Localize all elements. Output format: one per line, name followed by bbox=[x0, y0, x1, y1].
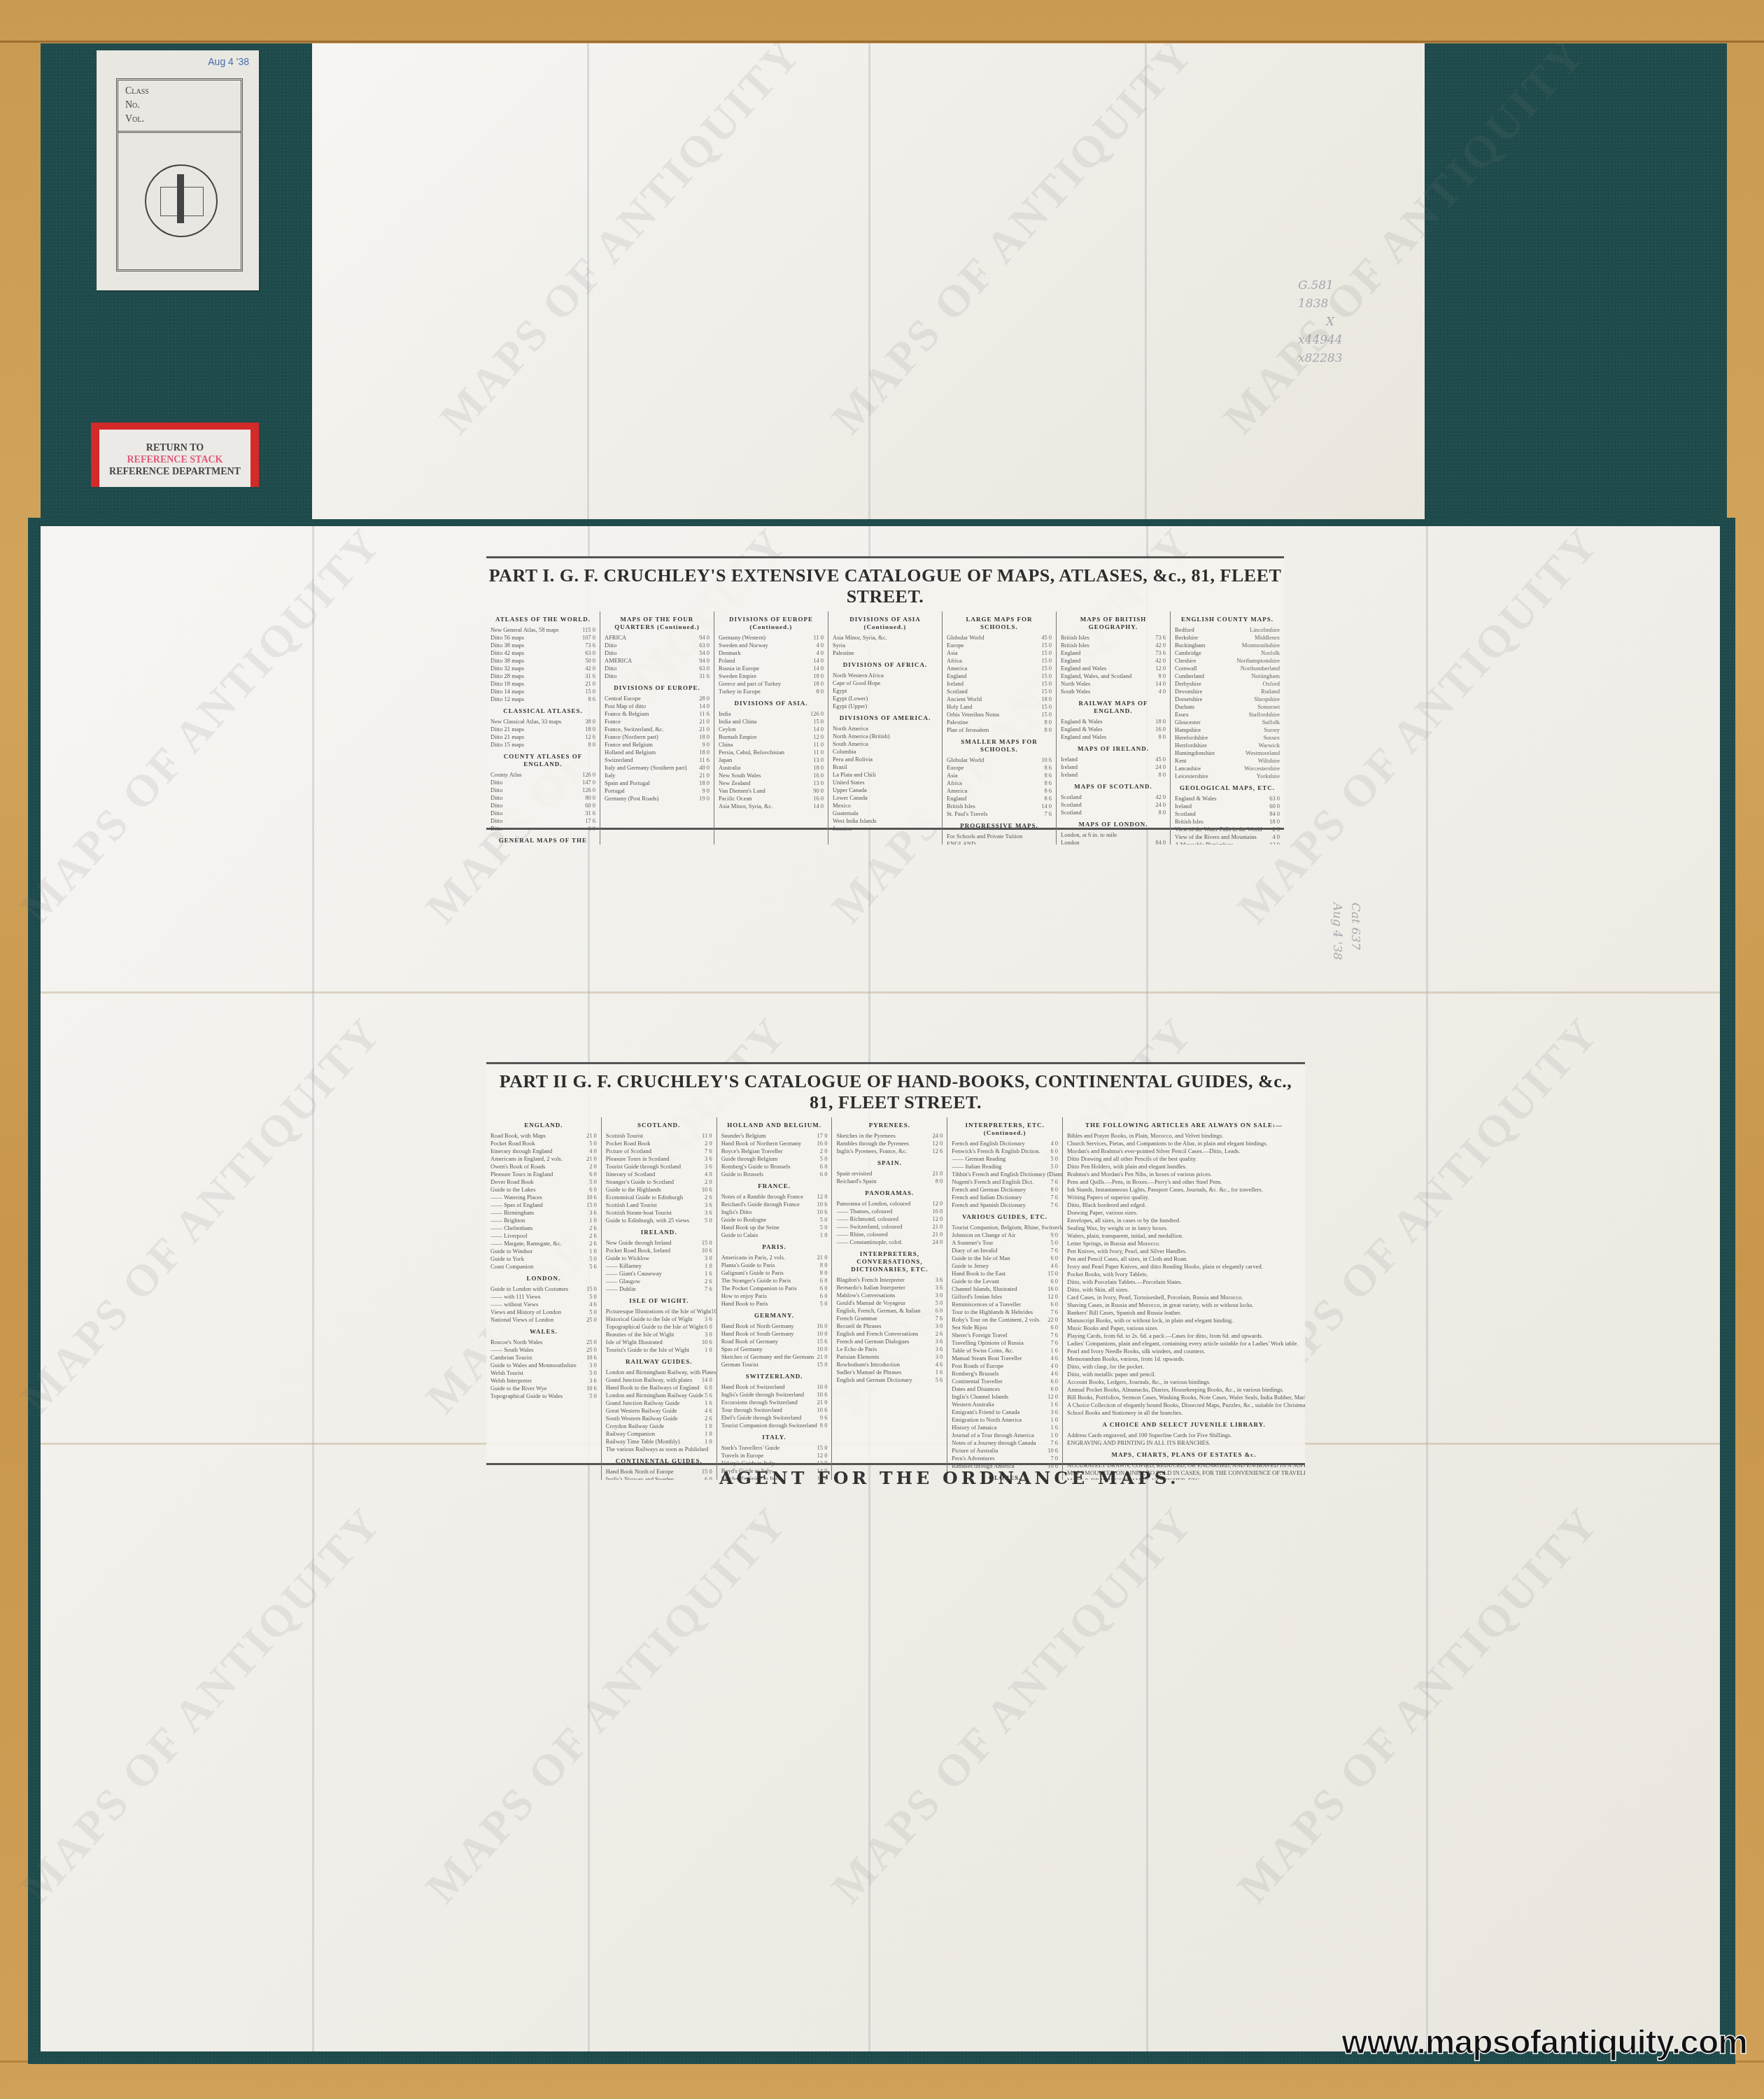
catalogue-entry: Hand Book of South Germany10 0 bbox=[721, 1330, 828, 1338]
entry-title: Spain revisited bbox=[836, 1170, 872, 1178]
catalogue-entry: England & Wales16 0 bbox=[1061, 726, 1166, 733]
catalogue-entry: Roby's Tour on the Continent, 2 vols.22 … bbox=[952, 1316, 1058, 1324]
entry-title: Asia bbox=[947, 649, 958, 657]
catalogue-entry: Le Echo de Paris3 6 bbox=[836, 1345, 943, 1353]
catalogue-entry: Travels in Europe12 0 bbox=[721, 1452, 828, 1460]
entry-price: 3 6 bbox=[936, 1276, 943, 1284]
entry-title: England and Wales bbox=[1061, 665, 1106, 672]
section-heading: THE FOLLOWING ARTICLES ARE ALWAYS ON SAL… bbox=[1067, 1122, 1301, 1129]
entry-price: 3 6 bbox=[705, 1163, 712, 1171]
catalogue-entry: Stark's Travellers' Guide15 0 bbox=[721, 1444, 828, 1452]
catalogue-entry: Ditto 28 maps31 6 bbox=[491, 672, 595, 680]
entry-price: 12 0 bbox=[1047, 1293, 1058, 1301]
ordnance-agent-line: AGENT FOR THE ORDNANCE MAPS. bbox=[719, 1468, 1180, 1488]
catalogue-entry: —— Liverpool2 6 bbox=[491, 1232, 597, 1240]
entry-title: Pocket Books, with Ivory Tablets. bbox=[1067, 1271, 1148, 1278]
entry-title: Welsh Interpreter bbox=[491, 1377, 532, 1385]
entry-title: Ditto, with Porcelain Tablets.—Porcelain… bbox=[1067, 1278, 1183, 1286]
sticker-line-3: REFERENCE DEPARTMENT bbox=[99, 466, 251, 478]
entry-price: 5 0 bbox=[820, 1155, 828, 1163]
entry-price: 5 0 bbox=[820, 1300, 828, 1308]
catalogue-entry: Persia, Cabul, Beloochistan11 0 bbox=[719, 749, 824, 756]
entry-title: Cheshire bbox=[1175, 657, 1196, 665]
entry-title: Upper Canada bbox=[833, 786, 867, 794]
entry-title: Railway Companion bbox=[606, 1430, 655, 1438]
entry-title: Ditto, with metallic paper and pencil. bbox=[1067, 1371, 1156, 1378]
entry-title: Grand Junction Railway Guide bbox=[606, 1399, 680, 1407]
entry-title: Bernardo's Italian Interpreter bbox=[836, 1284, 905, 1292]
section-heading: ITALY. bbox=[721, 1434, 828, 1441]
section-heading: A CHOICE AND SELECT JUVENILE LIBRARY. bbox=[1067, 1421, 1301, 1429]
entry-price: 7 6 bbox=[705, 1147, 712, 1155]
catalogue-entry: Mordan's and Brahma's ever-pointed Silve… bbox=[1067, 1147, 1301, 1155]
entry-price: 15 0 bbox=[1041, 680, 1052, 688]
entry-price: 8 0 bbox=[1158, 771, 1166, 779]
catalogue-entry: Scottish Tourist11 0 bbox=[606, 1132, 712, 1140]
entry-price: Northamptonshire bbox=[1236, 657, 1280, 665]
catalogue-entry: KentWiltshire bbox=[1175, 757, 1280, 765]
section-heading: MAPS, CHARTS, PLANS OF ESTATES &c. bbox=[1067, 1451, 1301, 1459]
entry-title: Le Echo de Paris bbox=[836, 1345, 877, 1353]
entry-price: 14 0 bbox=[813, 726, 824, 733]
entry-price: 15 0 bbox=[1041, 649, 1052, 657]
catalogue-entry: CumberlandNottingham bbox=[1175, 672, 1280, 680]
catalogue-entry: —— German Reading5 0 bbox=[952, 1155, 1058, 1163]
entry-title: Central Europe bbox=[605, 695, 641, 702]
catalogue-entry: Shaving Cases, in Russia and Morocco, in… bbox=[1067, 1301, 1301, 1309]
catalogue-entry: Asia15 0 bbox=[947, 649, 1052, 657]
catalogue-entry: Music Books and Paper, various sizes. bbox=[1067, 1324, 1301, 1332]
entry-title: London and Birmingham Railway, with Plat… bbox=[606, 1369, 717, 1376]
entry-price: 3 6 bbox=[705, 1155, 712, 1163]
entry-price: 1 0 bbox=[705, 1430, 712, 1438]
entry-price: 15 0 bbox=[585, 688, 595, 695]
catalogue-entry: Ireland8 0 bbox=[1061, 771, 1166, 779]
catalogue-entry: Itinerary of Scotland4 0 bbox=[606, 1171, 712, 1178]
section-heading: ENGLAND. bbox=[491, 1122, 597, 1129]
entry-price: Staffordshire bbox=[1249, 711, 1280, 719]
catalogue-entry: Annual Pocket Books, Almanacks, Diaries,… bbox=[1067, 1386, 1301, 1394]
section-heading: RAILWAY MAPS OF ENGLAND. bbox=[1061, 700, 1166, 715]
entry-price: 8 0 bbox=[1044, 726, 1052, 734]
entry-price: 2 6 bbox=[705, 1278, 712, 1285]
entry-title: Guide to the Lakes bbox=[491, 1186, 535, 1194]
entry-price: 9 0 bbox=[1050, 1231, 1058, 1239]
catalogue-entry: Ancient World18 0 bbox=[947, 695, 1052, 703]
catalogue-entry: Journal of a Tour through America1 0 bbox=[952, 1432, 1058, 1439]
entry-price: 5 0 bbox=[820, 1224, 828, 1231]
entry-price: 3 0 bbox=[936, 1353, 943, 1361]
entry-title: —— Switzerland, coloured bbox=[836, 1223, 902, 1231]
entry-title: New South Wales bbox=[719, 772, 761, 779]
section-heading: HOLLAND AND BELGIUM. bbox=[721, 1122, 828, 1129]
entry-price: 10 0 bbox=[817, 1383, 828, 1391]
entry-title: Ditto 14 maps bbox=[491, 688, 524, 695]
entry-price: 12 0 bbox=[813, 733, 824, 741]
entry-price: 24 0 bbox=[932, 1132, 943, 1140]
entry-title: Hand Book North of Europe bbox=[606, 1468, 674, 1476]
catalogue-entry: Emigration to North America1 0 bbox=[952, 1416, 1058, 1424]
entry-price: 12 0 bbox=[817, 1452, 828, 1460]
entry-price: 3 6 bbox=[936, 1345, 943, 1353]
entry-title: England bbox=[947, 795, 966, 803]
entry-price: 11 0 bbox=[813, 634, 824, 642]
entry-price: 4 0 bbox=[1158, 688, 1166, 695]
entry-price: 10 6 bbox=[586, 1354, 597, 1362]
section-heading: MAPS OF SCOTLAND. bbox=[1061, 783, 1166, 791]
catalogue-entry: Notes of a Ramble through France12 0 bbox=[721, 1193, 828, 1201]
entry-title: Guide to the Isle of Man bbox=[952, 1255, 1010, 1262]
entry-price: 10 6 bbox=[711, 1308, 717, 1315]
number-field-label: No. bbox=[125, 99, 234, 113]
entry-price: 31 6 bbox=[585, 810, 595, 817]
catalogue-entry: Ceylon14 0 bbox=[719, 726, 824, 733]
entry-title: Africa bbox=[947, 657, 962, 665]
catalogue-entry: HerefordshireSussex bbox=[1175, 734, 1280, 742]
pencil-notes-side: Cat 637 Aug 4 '38 bbox=[1328, 903, 1364, 960]
catalogue-entry: Ireland45 0 bbox=[1061, 756, 1166, 763]
entry-price: 1 6 bbox=[1050, 1347, 1058, 1355]
entry-title: Americans in England, 2 vols. bbox=[491, 1155, 563, 1163]
entry-price: 16 0 bbox=[1155, 726, 1166, 733]
entry-title: Greece and part of Turkey bbox=[719, 680, 781, 688]
catalogue-entry: Post Map of ditto14 0 bbox=[605, 702, 710, 710]
catalogue-entry: Stranger's Guide to Scotland2 0 bbox=[606, 1178, 712, 1186]
catalogue-column: ENGLISH COUNTY MAPS.BedfordLincolnshireB… bbox=[1171, 612, 1284, 844]
catalogue-entry: Tour through Switzerland10 6 bbox=[721, 1406, 828, 1414]
catalogue-entry: Tour to the Highlands & Hebrides7 6 bbox=[952, 1308, 1058, 1316]
catalogue-entry: For Schools and Private Tuition bbox=[947, 833, 1052, 840]
catalogue-entry: Roscoe's North Wales25 0 bbox=[491, 1338, 597, 1346]
entry-title: Isle of Wight Illustrated bbox=[606, 1338, 663, 1346]
catalogue-entry: Scotland84 0 bbox=[1175, 810, 1280, 818]
entry-title: German Tourist bbox=[721, 1361, 758, 1369]
pencil-note: 1838 bbox=[1298, 295, 1343, 313]
entry-price: Worcestershire bbox=[1244, 765, 1280, 772]
section-heading: COUNTY ATLASES OF ENGLAND. bbox=[491, 753, 595, 768]
entry-price: Nottingham bbox=[1251, 672, 1280, 680]
catalogue-entry: Romberg's Guide to Brussels6 0 bbox=[721, 1163, 828, 1171]
entry-title: —— South Wales bbox=[491, 1346, 534, 1354]
entry-price: 5 0 bbox=[589, 1392, 597, 1400]
entry-title: —— Dublin bbox=[606, 1285, 636, 1293]
entry-price: 2 0 bbox=[589, 1163, 597, 1171]
entry-title: Scottish Steam-boat Tourist bbox=[606, 1209, 672, 1217]
entry-price: 8 6 bbox=[588, 695, 595, 703]
entry-price: 12 6 bbox=[585, 733, 595, 741]
entry-price: 24 0 bbox=[932, 1238, 943, 1246]
entry-title: Sealing Wax, by weight or in fancy boxes… bbox=[1067, 1224, 1168, 1232]
entry-price: 24 0 bbox=[1155, 801, 1166, 809]
entry-title: The various Railways as soon as Publishe… bbox=[606, 1446, 708, 1453]
entry-title: France (Northern part) bbox=[605, 733, 658, 741]
entry-price: 3 6 bbox=[1050, 1408, 1058, 1416]
catalogue-entry: England & Wales63 0 bbox=[1175, 795, 1280, 803]
entry-title: Turkey in Europe bbox=[719, 688, 761, 695]
entry-title: Church Services, Pietas, and Companions … bbox=[1067, 1140, 1268, 1147]
entry-title: Germany (Western) bbox=[719, 634, 765, 642]
catalogue-entry: French and Spanish Dictionary7 6 bbox=[952, 1201, 1058, 1209]
entry-title: Egypt bbox=[833, 687, 847, 695]
catalogue-entry: School Books and Stationery in all the b… bbox=[1067, 1409, 1301, 1417]
entry-title: Fenwick's French & English Diction. bbox=[952, 1147, 1040, 1155]
entry-price: Lincolnshire bbox=[1250, 626, 1280, 634]
entry-title: Italy and Germany (Southern part) bbox=[605, 764, 687, 772]
entry-price: 9 6 bbox=[820, 1414, 828, 1422]
entry-title: Pocket Road Book, Ireland bbox=[606, 1247, 670, 1255]
entry-title: Tour through Switzerland bbox=[721, 1406, 782, 1414]
entry-price: 63 0 bbox=[1269, 795, 1280, 803]
catalogue-entry: India126 0 bbox=[719, 710, 824, 718]
catalogue-entry: Holland and Belgium18 0 bbox=[605, 749, 710, 756]
entry-title: Drawing Paper, various sizes. bbox=[1067, 1209, 1138, 1217]
entry-title: Guide to London with Costumes bbox=[491, 1285, 568, 1293]
entry-price: 4 6 bbox=[705, 1407, 712, 1415]
catalogue-entry: Topographical Guide to the Isle of Wight… bbox=[606, 1323, 712, 1331]
entry-title: Notes of a Ramble through France bbox=[721, 1193, 803, 1201]
entry-title: Cornwall bbox=[1175, 665, 1197, 672]
catalogue-column: HOLLAND AND BELGIUM.Saunder's Belgium17 … bbox=[717, 1117, 833, 1480]
entry-title: Table of Swiss Coins, &c. bbox=[952, 1347, 1014, 1355]
entry-price: 8 0 bbox=[1158, 733, 1166, 741]
entry-title: England bbox=[1061, 649, 1080, 657]
catalogue-entry: England & Wales18 0 bbox=[1061, 718, 1166, 726]
entry-title: Bill Books, Portfolios, Sermon Cases, Wa… bbox=[1067, 1394, 1305, 1401]
entry-price: 8 0 bbox=[1050, 1186, 1058, 1194]
entry-price: 14 0 bbox=[1155, 680, 1166, 688]
catalogue-entry: Sea Side Bijou6 0 bbox=[952, 1324, 1058, 1331]
catalogue-entry: North America bbox=[833, 725, 938, 733]
section-heading: WALES. bbox=[491, 1328, 597, 1336]
entry-title: Ditto bbox=[605, 649, 616, 657]
entry-title: Mahlow's Conversations bbox=[836, 1292, 895, 1299]
entry-title: Beauties of the Isle of Wight bbox=[606, 1331, 674, 1338]
entry-price: 4 0 bbox=[1050, 1362, 1058, 1370]
entry-title: Letter Springs, in Russia and Morocco. bbox=[1067, 1240, 1160, 1248]
entry-price: 10 0 bbox=[817, 1345, 828, 1353]
catalogue-entry: Writing Papers of superior quality. bbox=[1067, 1194, 1301, 1201]
entry-price: 12 0 bbox=[932, 1140, 943, 1147]
entry-price: 21 0 bbox=[817, 1399, 828, 1406]
entry-price: 8 0 bbox=[936, 1178, 943, 1185]
catalogue-entry: Road Book, with Maps21 0 bbox=[491, 1132, 597, 1140]
entry-title: Panorama of London, coloured bbox=[836, 1200, 910, 1208]
entry-title: Dorsetshire bbox=[1175, 695, 1202, 703]
entry-price: 42 0 bbox=[1155, 642, 1166, 649]
entry-price: 5 0 bbox=[589, 1255, 597, 1263]
entry-title: Shaving Cases, in Russia and Morocco, in… bbox=[1067, 1301, 1254, 1309]
entry-price: 14 0 bbox=[813, 803, 824, 810]
catalogue-entry: Egypt (Upper) bbox=[833, 702, 938, 710]
entry-title: Road Book, with Maps bbox=[491, 1132, 546, 1140]
catalogue-entry: French and German Dialogues3 6 bbox=[836, 1338, 943, 1345]
catalogue-entry: Ireland24 0 bbox=[1061, 763, 1166, 771]
catalogue-entry: Pearl and Ivory Needle Books, silk winde… bbox=[1067, 1348, 1301, 1355]
entry-title: Ditto Pen Holders, with plain and elegan… bbox=[1067, 1163, 1187, 1171]
catalogue-entry: Hand Book to Paris5 0 bbox=[721, 1300, 828, 1308]
sticker-text: RETURN TO REFERENCE STACK REFERENCE DEPA… bbox=[99, 430, 251, 487]
entry-price: 10 6 bbox=[817, 1201, 828, 1208]
entry-price: 5 0 bbox=[1050, 1155, 1058, 1163]
pencil-note: Aug 4 '38 bbox=[1328, 903, 1346, 960]
catalogue-entry: English and German Dictionary5 6 bbox=[836, 1376, 943, 1384]
catalogue-entry: Recueil de Phrases3 0 bbox=[836, 1322, 943, 1330]
catalogue-entry: Asia8 6 bbox=[947, 772, 1052, 779]
entry-title: Ditto, Black bordered and edged. bbox=[1067, 1201, 1146, 1209]
entry-price: 12 0 bbox=[1047, 1393, 1058, 1401]
entry-price: 1 0 bbox=[705, 1346, 712, 1354]
entry-title: Address Cards engraved, and 100 Superfin… bbox=[1067, 1432, 1232, 1439]
entry-title: Ditto, with Skin, all sizes. bbox=[1067, 1286, 1129, 1294]
entry-title: South Western Railway Guide bbox=[606, 1415, 678, 1422]
entry-title: Plan of Jerusalem bbox=[947, 726, 989, 734]
entry-title: British Isles bbox=[1061, 642, 1089, 649]
catalogue-entry: Continental Traveller6 0 bbox=[952, 1378, 1058, 1385]
catalogue-entry: New Zealand13 0 bbox=[719, 779, 824, 787]
catalogue-entry: Playing Cards, from 6d. to 2s. 6d. a pac… bbox=[1067, 1332, 1301, 1340]
catalogue-entry: AMERICA94 0 bbox=[605, 657, 710, 665]
catalogue-entry: Hand Book of Northern Germany16 0 bbox=[721, 1140, 828, 1147]
entry-title: England, Wales, and Scotland bbox=[1061, 672, 1131, 680]
pencil-note: Cat 637 bbox=[1346, 903, 1364, 960]
section-heading: GEOLOGICAL MAPS, ETC. bbox=[1175, 784, 1280, 792]
catalogue-entry: Letter Springs, in Russia and Morocco. bbox=[1067, 1240, 1301, 1248]
entry-price: 5 0 bbox=[936, 1299, 943, 1307]
catalogue-column: MAPS OF THE FOUR QUARTERS (Continued.)AF… bbox=[600, 612, 714, 844]
entry-price: 12 0 bbox=[932, 1200, 943, 1208]
entry-title: Wafers, plain, transparent, initial, and… bbox=[1067, 1232, 1183, 1240]
catalogue-entry: Hand Book of North Germany16 0 bbox=[721, 1322, 828, 1330]
entry-price: 1 0 bbox=[705, 1422, 712, 1430]
catalogue-entry: Channel Islands, Illustrated16 0 bbox=[952, 1285, 1058, 1293]
catalogue-entry: The various Railways as soon as Publishe… bbox=[606, 1446, 712, 1453]
catalogue-entry: Guide to Jersey4 6 bbox=[952, 1262, 1058, 1270]
catalogue-entry: ENGRAVING AND PRINTING IN ALL ITS BRANCH… bbox=[1067, 1439, 1301, 1447]
catalogue-entry: Hand Book North of Europe15 0 bbox=[606, 1468, 712, 1476]
entry-price: 18 0 bbox=[813, 764, 824, 772]
entry-title: Dover Road Book bbox=[491, 1178, 534, 1186]
entry-title: Italy bbox=[605, 772, 616, 779]
entry-title: Gifford's Ionian Isles bbox=[952, 1293, 1002, 1301]
entry-price: 8 0 bbox=[1044, 719, 1052, 726]
entry-price: Wiltshire bbox=[1258, 757, 1280, 765]
entry-price: 18 0 bbox=[699, 749, 710, 756]
entry-title: France and Belgium bbox=[605, 741, 653, 749]
catalogue-entry: United States bbox=[833, 779, 938, 786]
catalogue-entry: How to enjoy Paris6 0 bbox=[721, 1292, 828, 1300]
entry-title: —— Constantinople, colrd. bbox=[836, 1238, 902, 1246]
catalogue-entry: British Isles42 0 bbox=[1061, 642, 1166, 649]
catalogue-entry: Welsh Tourist5 0 bbox=[491, 1369, 597, 1377]
entry-title: Views and History of London bbox=[491, 1308, 561, 1316]
catalogue-entry: —— with 111 Views5 0 bbox=[491, 1293, 597, 1301]
entry-title: Scottish Tourist bbox=[606, 1132, 643, 1140]
entry-price: 10 6 bbox=[817, 1208, 828, 1216]
entry-title: Tour to the Highlands & Hebrides bbox=[952, 1308, 1033, 1316]
entry-title: Burmah Empire bbox=[719, 733, 757, 741]
entry-price: 15 0 bbox=[586, 1201, 597, 1209]
seal-book-icon bbox=[160, 187, 204, 216]
entry-title: Ditto 56 maps bbox=[491, 634, 524, 642]
section-heading: DIVISIONS OF AMERICA. bbox=[833, 714, 938, 722]
entry-title: Spas of Germany bbox=[721, 1345, 763, 1353]
catalogue-entry: BuckinghamMonmouthshire bbox=[1175, 642, 1280, 649]
entry-title: British Isles bbox=[947, 803, 975, 810]
catalogue-entry: Historical Guide to the Isle of Wight3 6 bbox=[606, 1315, 712, 1323]
catalogue-entry: Sweden and Norway4 0 bbox=[719, 642, 824, 649]
catalogue-entry: Romberg's Brussels4 6 bbox=[952, 1370, 1058, 1378]
catalogue-entry: France (Northern part)18 0 bbox=[605, 733, 710, 741]
entry-price: 3 0 bbox=[705, 1331, 712, 1338]
entry-title: —— Richmond, coloured bbox=[836, 1215, 898, 1223]
entry-title: Economical Guide to Edinburgh bbox=[606, 1194, 683, 1201]
catalogue-entry: Tibbin's French and English Dictionary (… bbox=[952, 1171, 1058, 1178]
catalogue-entry: Spain revisited21 0 bbox=[836, 1170, 943, 1178]
entry-price: 12 0 bbox=[1269, 841, 1280, 844]
entry-title: North America (British) bbox=[833, 733, 890, 740]
catalogue-entry: Manuscript Books, with or without lock, … bbox=[1067, 1317, 1301, 1324]
entry-title: Ditto bbox=[491, 802, 502, 810]
entry-title: Egypt (Lower) bbox=[833, 695, 868, 702]
entry-title: AMERICA bbox=[605, 657, 632, 665]
catalogue-entry: Ditto 12 maps8 6 bbox=[491, 695, 595, 703]
catalogue-entry: —— Margate, Ramsgate, &c.2 6 bbox=[491, 1240, 597, 1248]
catalogue-entry: Pen and Pencil Cases, all sizes, in Clot… bbox=[1067, 1255, 1301, 1263]
entry-title: Guide to Jersey bbox=[952, 1262, 989, 1270]
entry-title: Nugent's French and English Dict. bbox=[952, 1178, 1033, 1186]
catalogue-entry: Burmah Empire12 0 bbox=[719, 733, 824, 741]
section-heading: CLASSICAL ATLASES. bbox=[491, 707, 595, 715]
catalogue-entry: Envelopes, all sizes, in cases or by the… bbox=[1067, 1217, 1301, 1224]
entry-title: Rowbotham's Introduction bbox=[836, 1361, 900, 1369]
entry-price: 10 6 bbox=[702, 1247, 712, 1255]
catalogue-entry: Europe15 0 bbox=[947, 642, 1052, 649]
entry-title: Johnston on Change of Air bbox=[952, 1231, 1015, 1239]
entry-price: 4 0 bbox=[1050, 1140, 1058, 1147]
entry-title: —— Rhine, coloured bbox=[836, 1231, 887, 1238]
entry-title: Cumberland bbox=[1175, 672, 1204, 680]
catalogue-entry: DurhamSomerset bbox=[1175, 703, 1280, 711]
entry-price: 73 6 bbox=[585, 642, 595, 649]
entry-title: Scotland bbox=[1175, 810, 1196, 818]
entry-title: Ireland bbox=[1061, 763, 1078, 771]
catalogue-entry: Great Western Railway Guide4 6 bbox=[606, 1407, 712, 1415]
catalogue-entry: Inglis's Pyrenees, France, &c.12 6 bbox=[836, 1147, 943, 1155]
entry-title: ENGRAVING AND PRINTING IN ALL ITS BRANCH… bbox=[1067, 1439, 1211, 1447]
entry-title: Romberg's Brussels bbox=[952, 1370, 999, 1378]
catalogue-entry: Rambles through the Pyrenees12 0 bbox=[836, 1140, 943, 1147]
entry-title: English and German Dictionary bbox=[836, 1376, 912, 1384]
catalogue-entry: Spas of Germany10 0 bbox=[721, 1345, 828, 1353]
entry-price: 126 0 bbox=[582, 771, 595, 779]
catalogue-entry: CambridgeNorfolk bbox=[1175, 649, 1280, 657]
top-map-panel bbox=[312, 43, 1425, 519]
entry-price: 13 0 bbox=[813, 756, 824, 764]
entry-title: Topographical Guide to Wales bbox=[491, 1392, 563, 1400]
catalogue-entry: Inglis's Channel Islands12 0 bbox=[952, 1393, 1058, 1401]
entry-price: 1 0 bbox=[820, 1231, 828, 1239]
entry-title: Germany (Post Roads) bbox=[605, 795, 658, 803]
catalogue-entry: Guide to Edinburgh, with 25 views5 0 bbox=[606, 1217, 712, 1224]
catalogue-entry: Italy and Germany (Southern part)40 0 bbox=[605, 764, 710, 772]
entry-price: 18 0 bbox=[1155, 718, 1166, 726]
entry-price: 15 0 bbox=[702, 1468, 712, 1476]
entry-price: 10 6 bbox=[586, 1385, 597, 1392]
catalogue-entry: France and Belgium9 0 bbox=[605, 741, 710, 749]
entry-title: Russia in Europe bbox=[719, 665, 759, 672]
entry-price: 18 0 bbox=[813, 672, 824, 680]
entry-title: Post Map of ditto bbox=[605, 702, 646, 710]
